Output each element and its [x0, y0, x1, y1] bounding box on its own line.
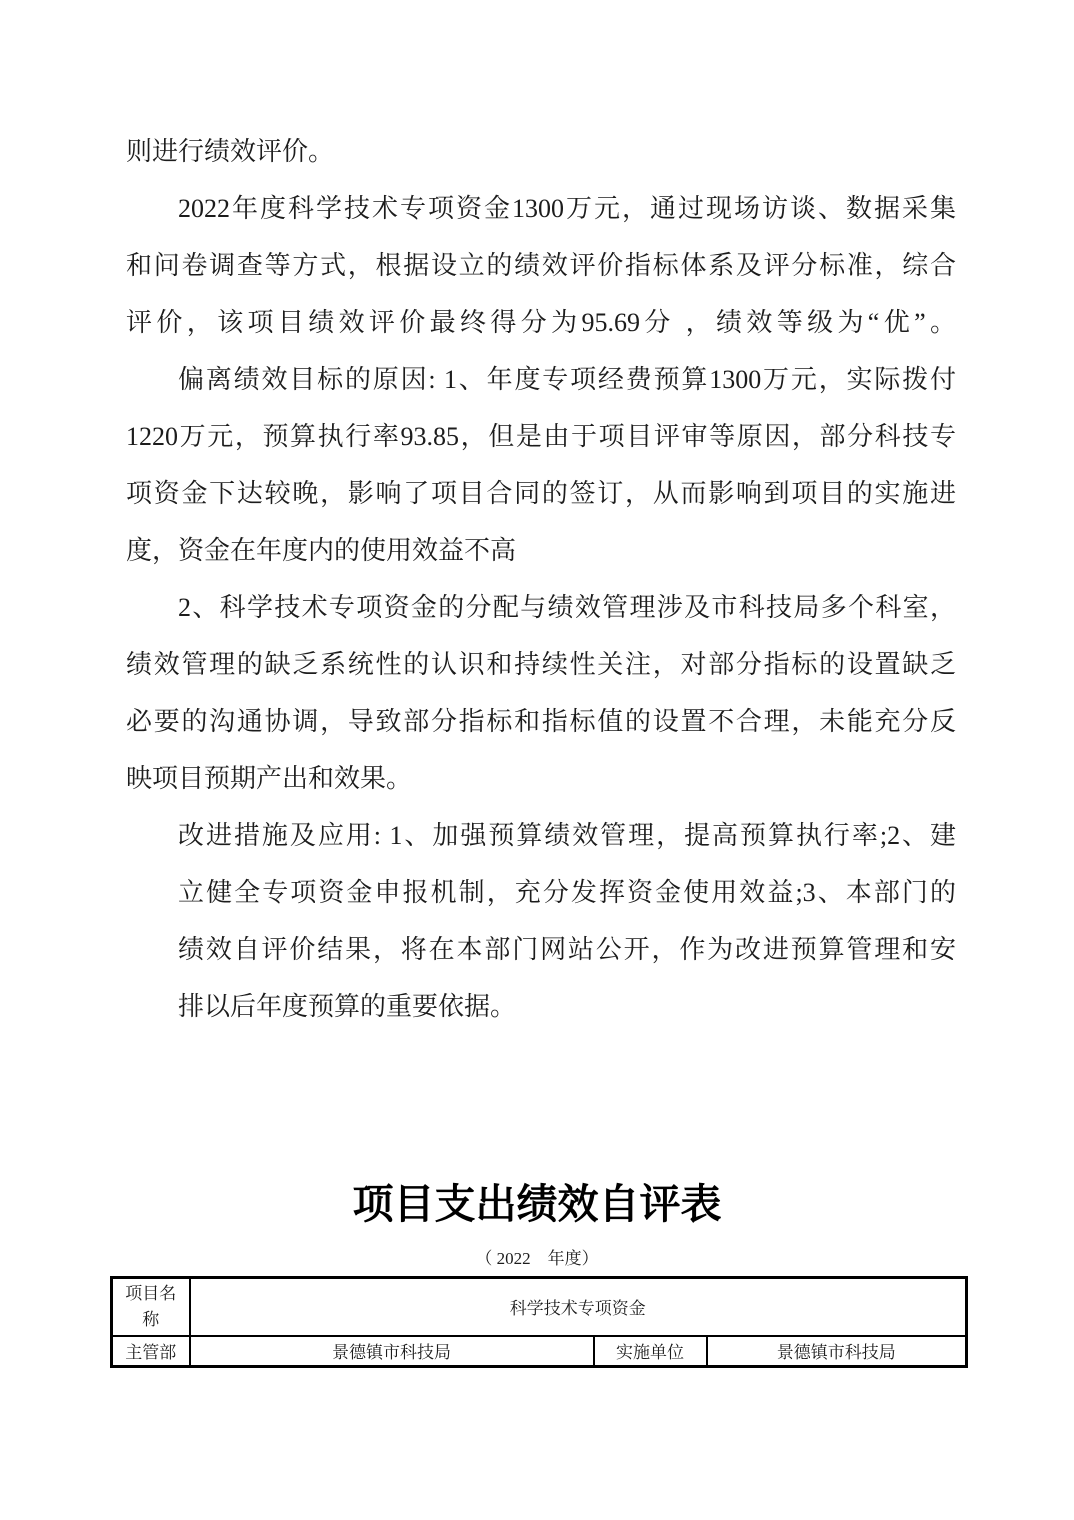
body-line: 和问卷调查等方式，根据设立的绩效评价指标体系及评分标准，综合: [126, 237, 956, 294]
body-line: 2、科学技术专项资金的分配与绩效管理涉及市科技局多个科室，: [126, 579, 956, 636]
body-line: 改进措施及应用: 1、加强预算绩效管理，提高预算执行率;2、建: [126, 807, 956, 864]
body-line: 偏离绩效目标的原因: 1、年度专项经费预算1300万元，实际拨付: [126, 351, 956, 408]
self-evaluation-table: 项目名 称 科学技术专项资金 主管部 景德镇市科技局 实施单位 景德镇市科技局: [110, 1276, 968, 1368]
body-line: 度，资金在年度内的使用效益不高: [126, 522, 956, 579]
project-name-value-cell: 科学技术专项资金: [190, 1278, 967, 1336]
project-name-label-cell: 项目名 称: [112, 1278, 190, 1336]
page-subtitle-year: （ 2022 年度）: [0, 1248, 1074, 1270]
document-page: 则进行绩效评价。 2022年度科学技术专项资金1300万元，通过现场访谈、数据采…: [0, 0, 1074, 1520]
supervisor-label-cell: 主管部: [112, 1336, 190, 1367]
body-line: 排以后年度预算的重要依据。: [126, 978, 956, 1035]
body-text: 则进行绩效评价。 2022年度科学技术专项资金1300万元，通过现场访谈、数据采…: [126, 123, 956, 1035]
body-line: 项资金下达较晚，影响了项目合同的签订，从而影响到项目的实施进: [126, 465, 956, 522]
body-line: 2022年度科学技术专项资金1300万元，通过现场访谈、数据采集: [126, 180, 956, 237]
body-line: 绩效管理的缺乏系统性的认识和持续性关注，对部分指标的设置缺乏: [126, 636, 956, 693]
supervisor-value-cell: 景德镇市科技局: [190, 1336, 594, 1367]
page-title: 项目支出绩效自评表: [0, 1178, 1074, 1230]
body-line: 绩效自评价结果，将在本部门网站公开，作为改进预算管理和安: [126, 921, 956, 978]
table-row: 主管部 景德镇市科技局 实施单位 景德镇市科技局: [112, 1336, 967, 1367]
body-line: 必要的沟通协调，导致部分指标和指标值的设置不合理，未能充分反: [126, 693, 956, 750]
body-line: 则进行绩效评价。: [126, 123, 956, 180]
table-row: 项目名 称 科学技术专项资金: [112, 1278, 967, 1336]
body-line: 评价，该项目绩效评价最终得分为95.69分 ，绩效等级为“优”。: [126, 294, 956, 351]
implementer-value-cell: 景德镇市科技局: [707, 1336, 967, 1367]
implementer-label-cell: 实施单位: [594, 1336, 707, 1367]
body-line: 映项目预期产出和效果。: [126, 750, 956, 807]
body-line: 立健全专项资金申报机制，充分发挥资金使用效益;3、本部门的: [126, 864, 956, 921]
project-name-label: 项目名 称: [125, 1281, 176, 1333]
body-line: 1220万元，预算执行率93.85，但是由于项目评审等原因，部分科技专: [126, 408, 956, 465]
